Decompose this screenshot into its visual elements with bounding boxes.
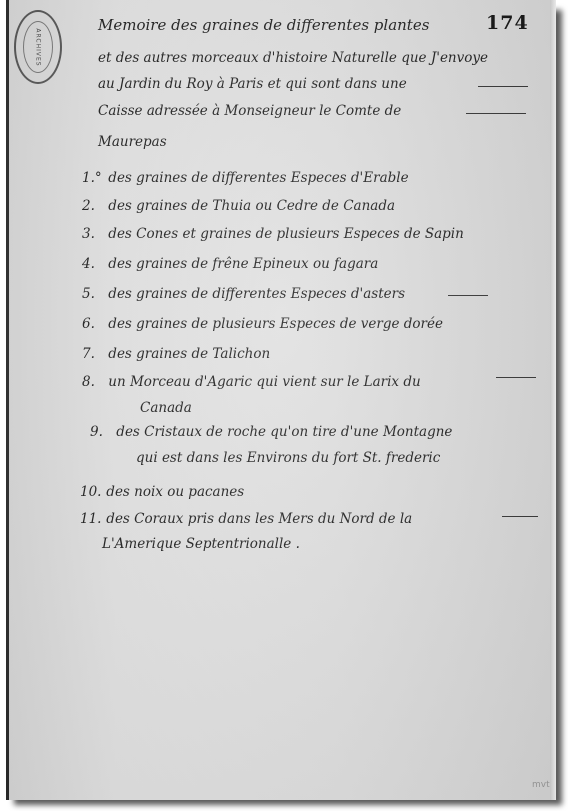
title-line-1: Memoire des graines de differentes plant… [98,16,429,34]
item-continuation: qui est dans les Environs du fort St. fr… [136,450,440,466]
item-text: des graines de Thuia ou Cedre de Canada [108,198,395,214]
title-line-3: au Jardin du Roy à Paris et qui sont dan… [98,76,407,92]
item-number: 4. [82,256,104,272]
item-number: 9. [90,424,112,440]
item-text: des noix ou pacanes [106,484,244,500]
list-item: 11. des Coraux pris dans les Mers du Nor… [80,511,412,527]
item-text: des Cones et graines de plusieurs Espece… [108,226,464,242]
manuscript-page: ARCHIVES 174 Memoire des graines de diff… [6,0,556,800]
line-filler [448,295,488,296]
list-item: 6. des graines de plusieurs Especes de v… [82,316,443,332]
item-number: 5. [82,286,104,302]
item-text: des Coraux pris dans les Mers du Nord de… [106,511,412,527]
list-item: 2. des graines de Thuia ou Cedre de Cana… [82,198,395,214]
line-filler [466,113,526,114]
list-item: 3. des Cones et graines de plusieurs Esp… [82,226,464,242]
item-number: 7. [82,346,104,362]
item-text: des graines de plusieurs Especes de verg… [108,316,443,332]
binding-edge [6,0,9,800]
list-item: 4. des graines de frêne Epineux ou fagar… [82,256,378,272]
list-item: 9. des Cristaux de roche qu'on tire d'un… [90,424,452,440]
list-item: 7. des graines de Talichon [82,346,270,362]
list-item: 5. des graines de differentes Especes d'… [82,286,405,302]
page-edge [550,0,556,800]
list-item: 1.° des graines de differentes Especes d… [82,170,409,186]
item-text: des graines de frêne Epineux ou fagara [108,256,378,272]
line-filler [478,86,528,87]
item-text: un Morceau d'Agaric qui vient sur le Lar… [108,374,420,390]
item-number: 10. [80,484,102,500]
item-text: des graines de differentes Especes d'Era… [108,170,408,186]
title-line-5: Maurepas [98,134,167,150]
item-number: 6. [82,316,104,332]
item-number: 3. [82,226,104,242]
line-filler [496,377,536,378]
item-number: 2. [82,198,104,214]
archive-stamp-icon: ARCHIVES [14,10,62,84]
item-continuation: L'Amerique Septentrionalle . [102,536,300,552]
line-filler [502,516,538,517]
folio-number: 174 [486,12,529,34]
list-item: 10. des noix ou pacanes [80,484,244,500]
item-text: des Cristaux de roche qu'on tire d'une M… [116,424,452,440]
list-item: 8. un Morceau d'Agaric qui vient sur le … [82,374,421,390]
item-continuation: Canada [140,400,192,416]
item-text: des graines de Talichon [108,346,270,362]
title-line-2: et des autres morceaux d'histoire Nature… [98,50,488,66]
stamp-inner-ring: ARCHIVES [23,21,53,73]
item-number: 1.° [82,170,104,186]
stamp-text: ARCHIVES [35,28,42,66]
title-line-4: Caisse adressée à Monseigneur le Comte d… [98,103,401,119]
watermark: mvt [532,780,550,790]
item-number: 11. [80,511,102,527]
item-text: des graines de differentes Especes d'ast… [108,286,405,302]
item-number: 8. [82,374,104,390]
